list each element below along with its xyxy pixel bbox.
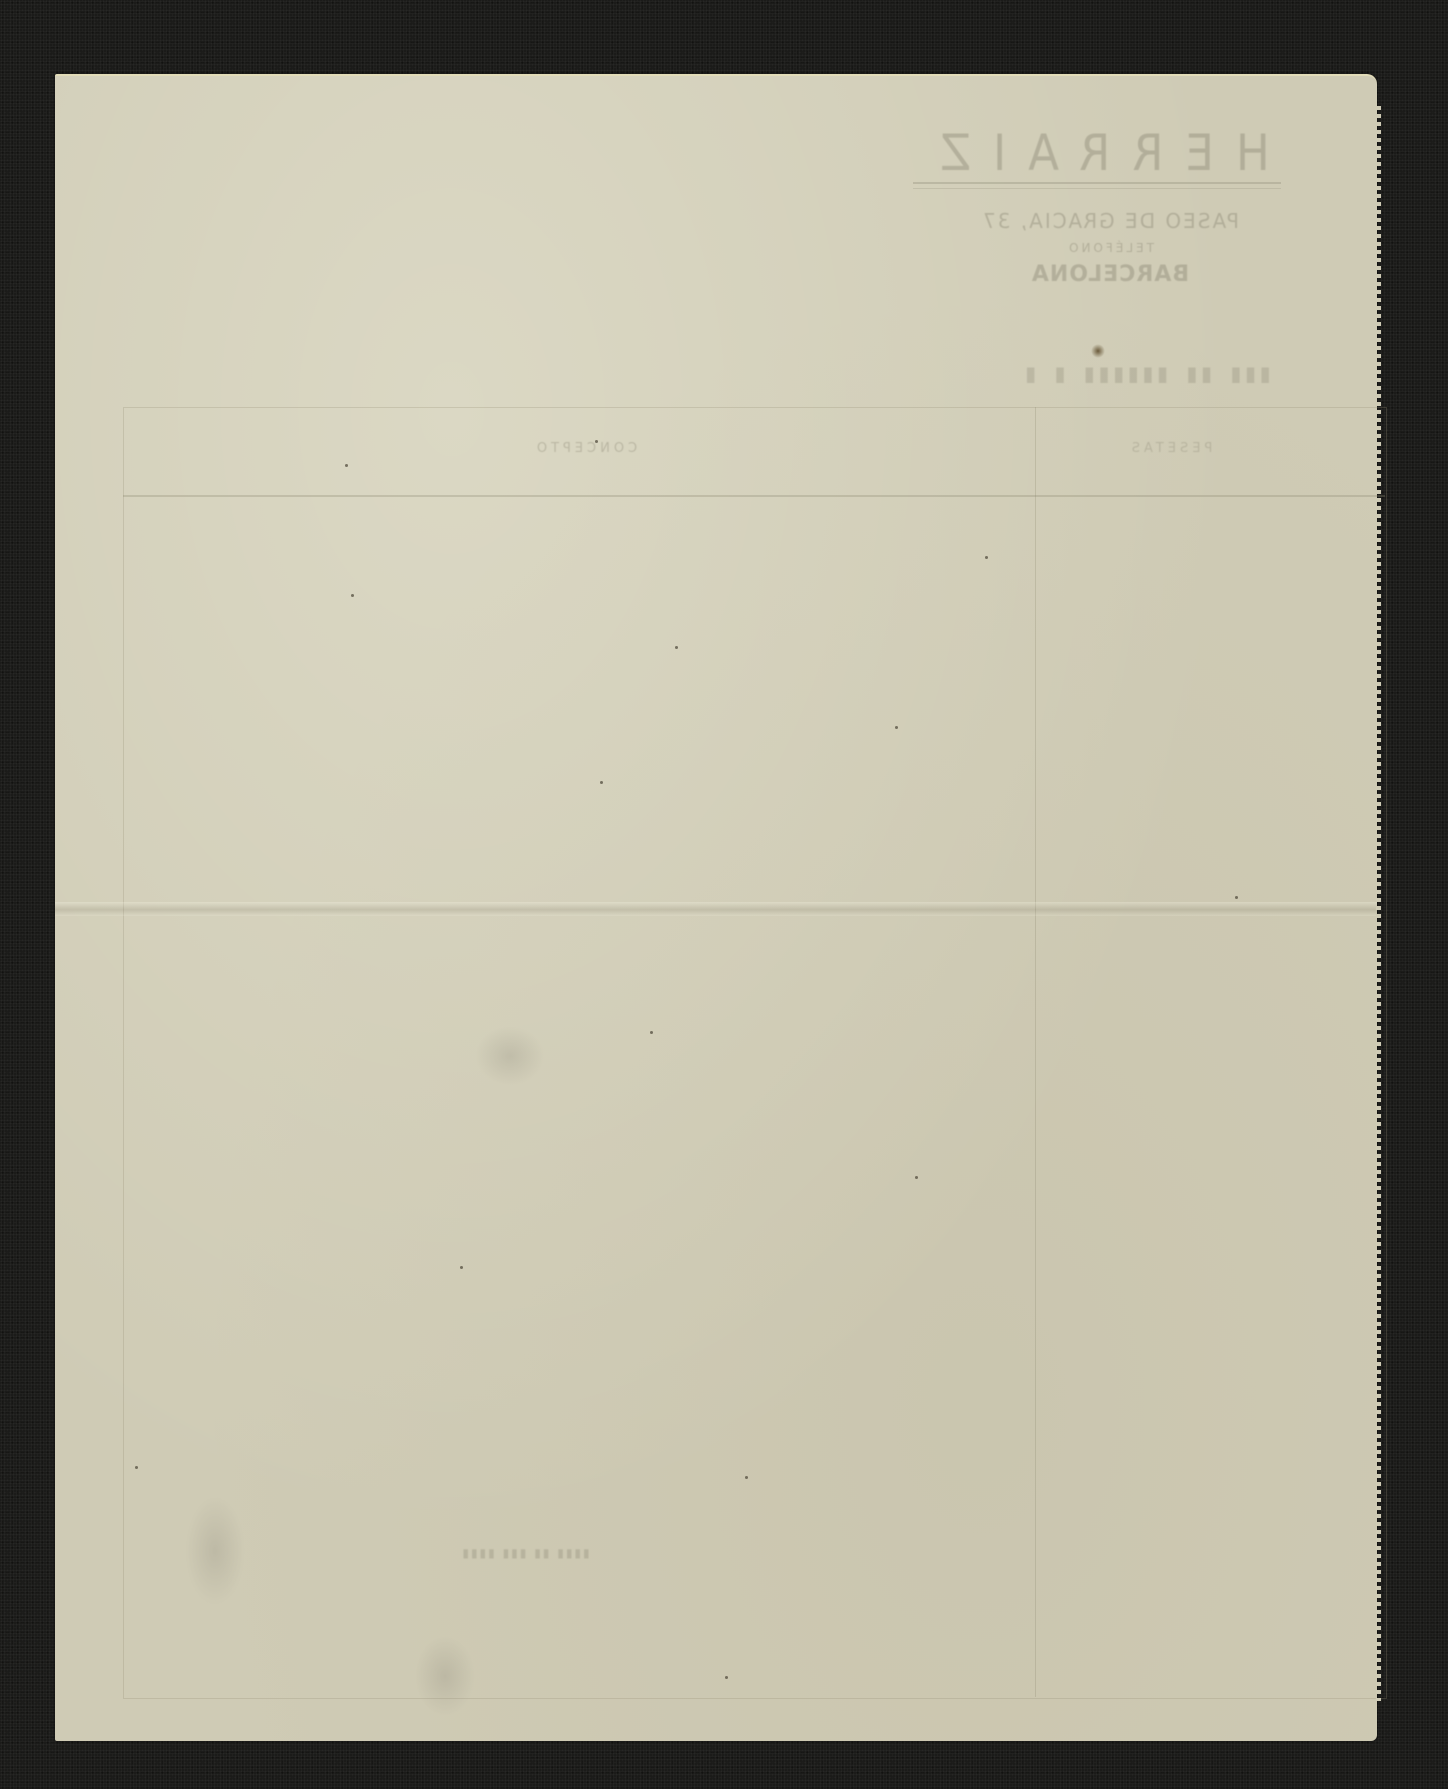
- speck: [895, 726, 898, 729]
- speck: [600, 781, 603, 784]
- speck: [595, 440, 598, 443]
- paper-sheet: HERRAIZ PASEO DE GRACIA, 37 TELÉFONO BAR…: [55, 74, 1377, 1741]
- footer-text: ▮▮▮▮ ▮▮ ▮▮▮ ▮▮▮▮: [405, 1546, 645, 1560]
- speck: [985, 556, 988, 559]
- speck: [1235, 896, 1238, 899]
- address-phone: TELÉFONO: [1010, 241, 1210, 255]
- brand-underline-secondary: [913, 188, 1281, 189]
- table-column-divider: [1035, 407, 1036, 1697]
- smudge: [185, 1496, 245, 1606]
- speck: [915, 1176, 918, 1179]
- letterhead-bold-line: ▮▮▮ ▮▮ ▮▮▮▮▮▮ ▮ ▮: [913, 359, 1273, 389]
- smudge: [475, 1026, 545, 1086]
- speck: [725, 1676, 728, 1679]
- speck: [675, 646, 678, 649]
- letterhead-brand: HERRAIZ: [913, 124, 1275, 182]
- speck: [351, 594, 354, 597]
- paper-fold-crease: [55, 902, 1377, 916]
- ink-stain: [1091, 344, 1105, 358]
- smudge: [415, 1636, 475, 1716]
- table-header-amount: PESETAS: [1085, 441, 1255, 456]
- speck: [460, 1266, 463, 1269]
- invoice-table-frame: [123, 407, 1387, 1699]
- address-street: PASEO DE GRACIA, 37: [955, 209, 1265, 233]
- speck: [650, 1031, 653, 1034]
- speck: [135, 1466, 138, 1469]
- table-header-rule: [123, 495, 1385, 497]
- table-header-concept: CONCEPTO: [475, 441, 695, 456]
- address-city: BARCELONA: [995, 262, 1225, 287]
- brand-underline: [913, 182, 1281, 184]
- speck: [745, 1476, 748, 1479]
- speck: [345, 464, 348, 467]
